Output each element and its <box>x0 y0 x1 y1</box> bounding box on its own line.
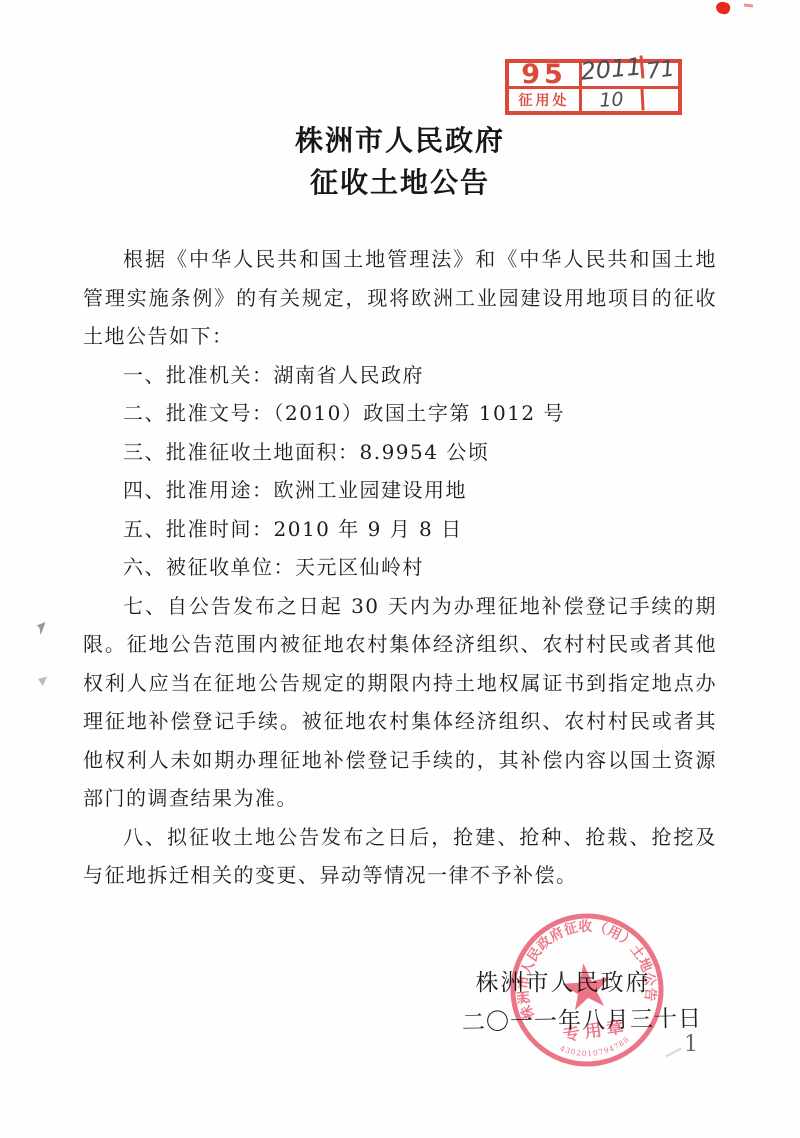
intro-paragraph: 根据《中华人民共和国土地管理法》和《中华人民共和国土地管理实施条例》的有关规定，… <box>83 240 717 356</box>
red-ink-dot <box>715 1 731 16</box>
filing-stamp-row: 征用处 10 <box>509 89 678 112</box>
filing-stamp-row: 95 2011 71 <box>509 63 678 89</box>
item-approval-document-number: 二、批准文号：（2010）政国土字第 1012 号 <box>83 394 717 433</box>
red-ink-dash <box>744 4 753 8</box>
document-body: 根据《中华人民共和国土地管理法》和《中华人民共和国土地管理实施条例》的有关规定，… <box>83 240 717 895</box>
filing-stamp-item-handwritten: 71 <box>642 57 678 83</box>
paragraph-eight-no-compensation: 八、拟征收土地公告发布之日后，抢建、抢种、抢栽、抢挖及与征地拆迁相关的变更、异动… <box>83 818 717 895</box>
filing-stamp-box: 95 2011 71 征用处 10 <box>505 59 682 115</box>
seal-star-icon <box>560 960 613 1011</box>
scan-speck <box>38 676 47 686</box>
scan-speck <box>36 622 46 635</box>
document-title: 株洲市人民政府 征收土地公告 <box>0 120 800 204</box>
item-approved-land-area: 三、批准征收土地面积：8.9954 公顷 <box>83 433 717 472</box>
filing-stamp-count-handwritten: 10 <box>581 87 644 113</box>
title-line-government: 株洲市人民政府 <box>0 120 800 162</box>
filing-stamp-office-label: 征用处 <box>509 89 582 112</box>
title-line-announcement: 征收土地公告 <box>0 162 800 204</box>
item-expropriated-unit: 六、被征收单位：天元区仙岭村 <box>83 548 717 587</box>
official-seal: 株洲市人民政府征收（用）土地公告 专用章 4302010794788 <box>497 900 678 1081</box>
filing-stamp-empty-cell <box>644 89 678 112</box>
item-approved-use: 四、批准用途：欧洲工业园建设用地 <box>83 471 717 510</box>
page-number: 1 <box>684 1032 698 1057</box>
filing-stamp-category-number: 95 <box>509 63 582 86</box>
paragraph-seven-registration: 七、自公告发布之日起 30 天内为办理征地补偿登记手续的期限。征地公告范围内被征… <box>83 587 717 818</box>
filing-stamp-year-handwritten: 2011 <box>581 55 645 83</box>
document-page: 95 2011 71 征用处 10 株洲市人民政府 征收土地公告 根据《中华人民… <box>0 0 800 1138</box>
item-approving-authority: 一、批准机关：湖南省人民政府 <box>83 356 717 395</box>
item-approval-date: 五、批准时间：2010 年 9 月 8 日 <box>83 510 717 549</box>
